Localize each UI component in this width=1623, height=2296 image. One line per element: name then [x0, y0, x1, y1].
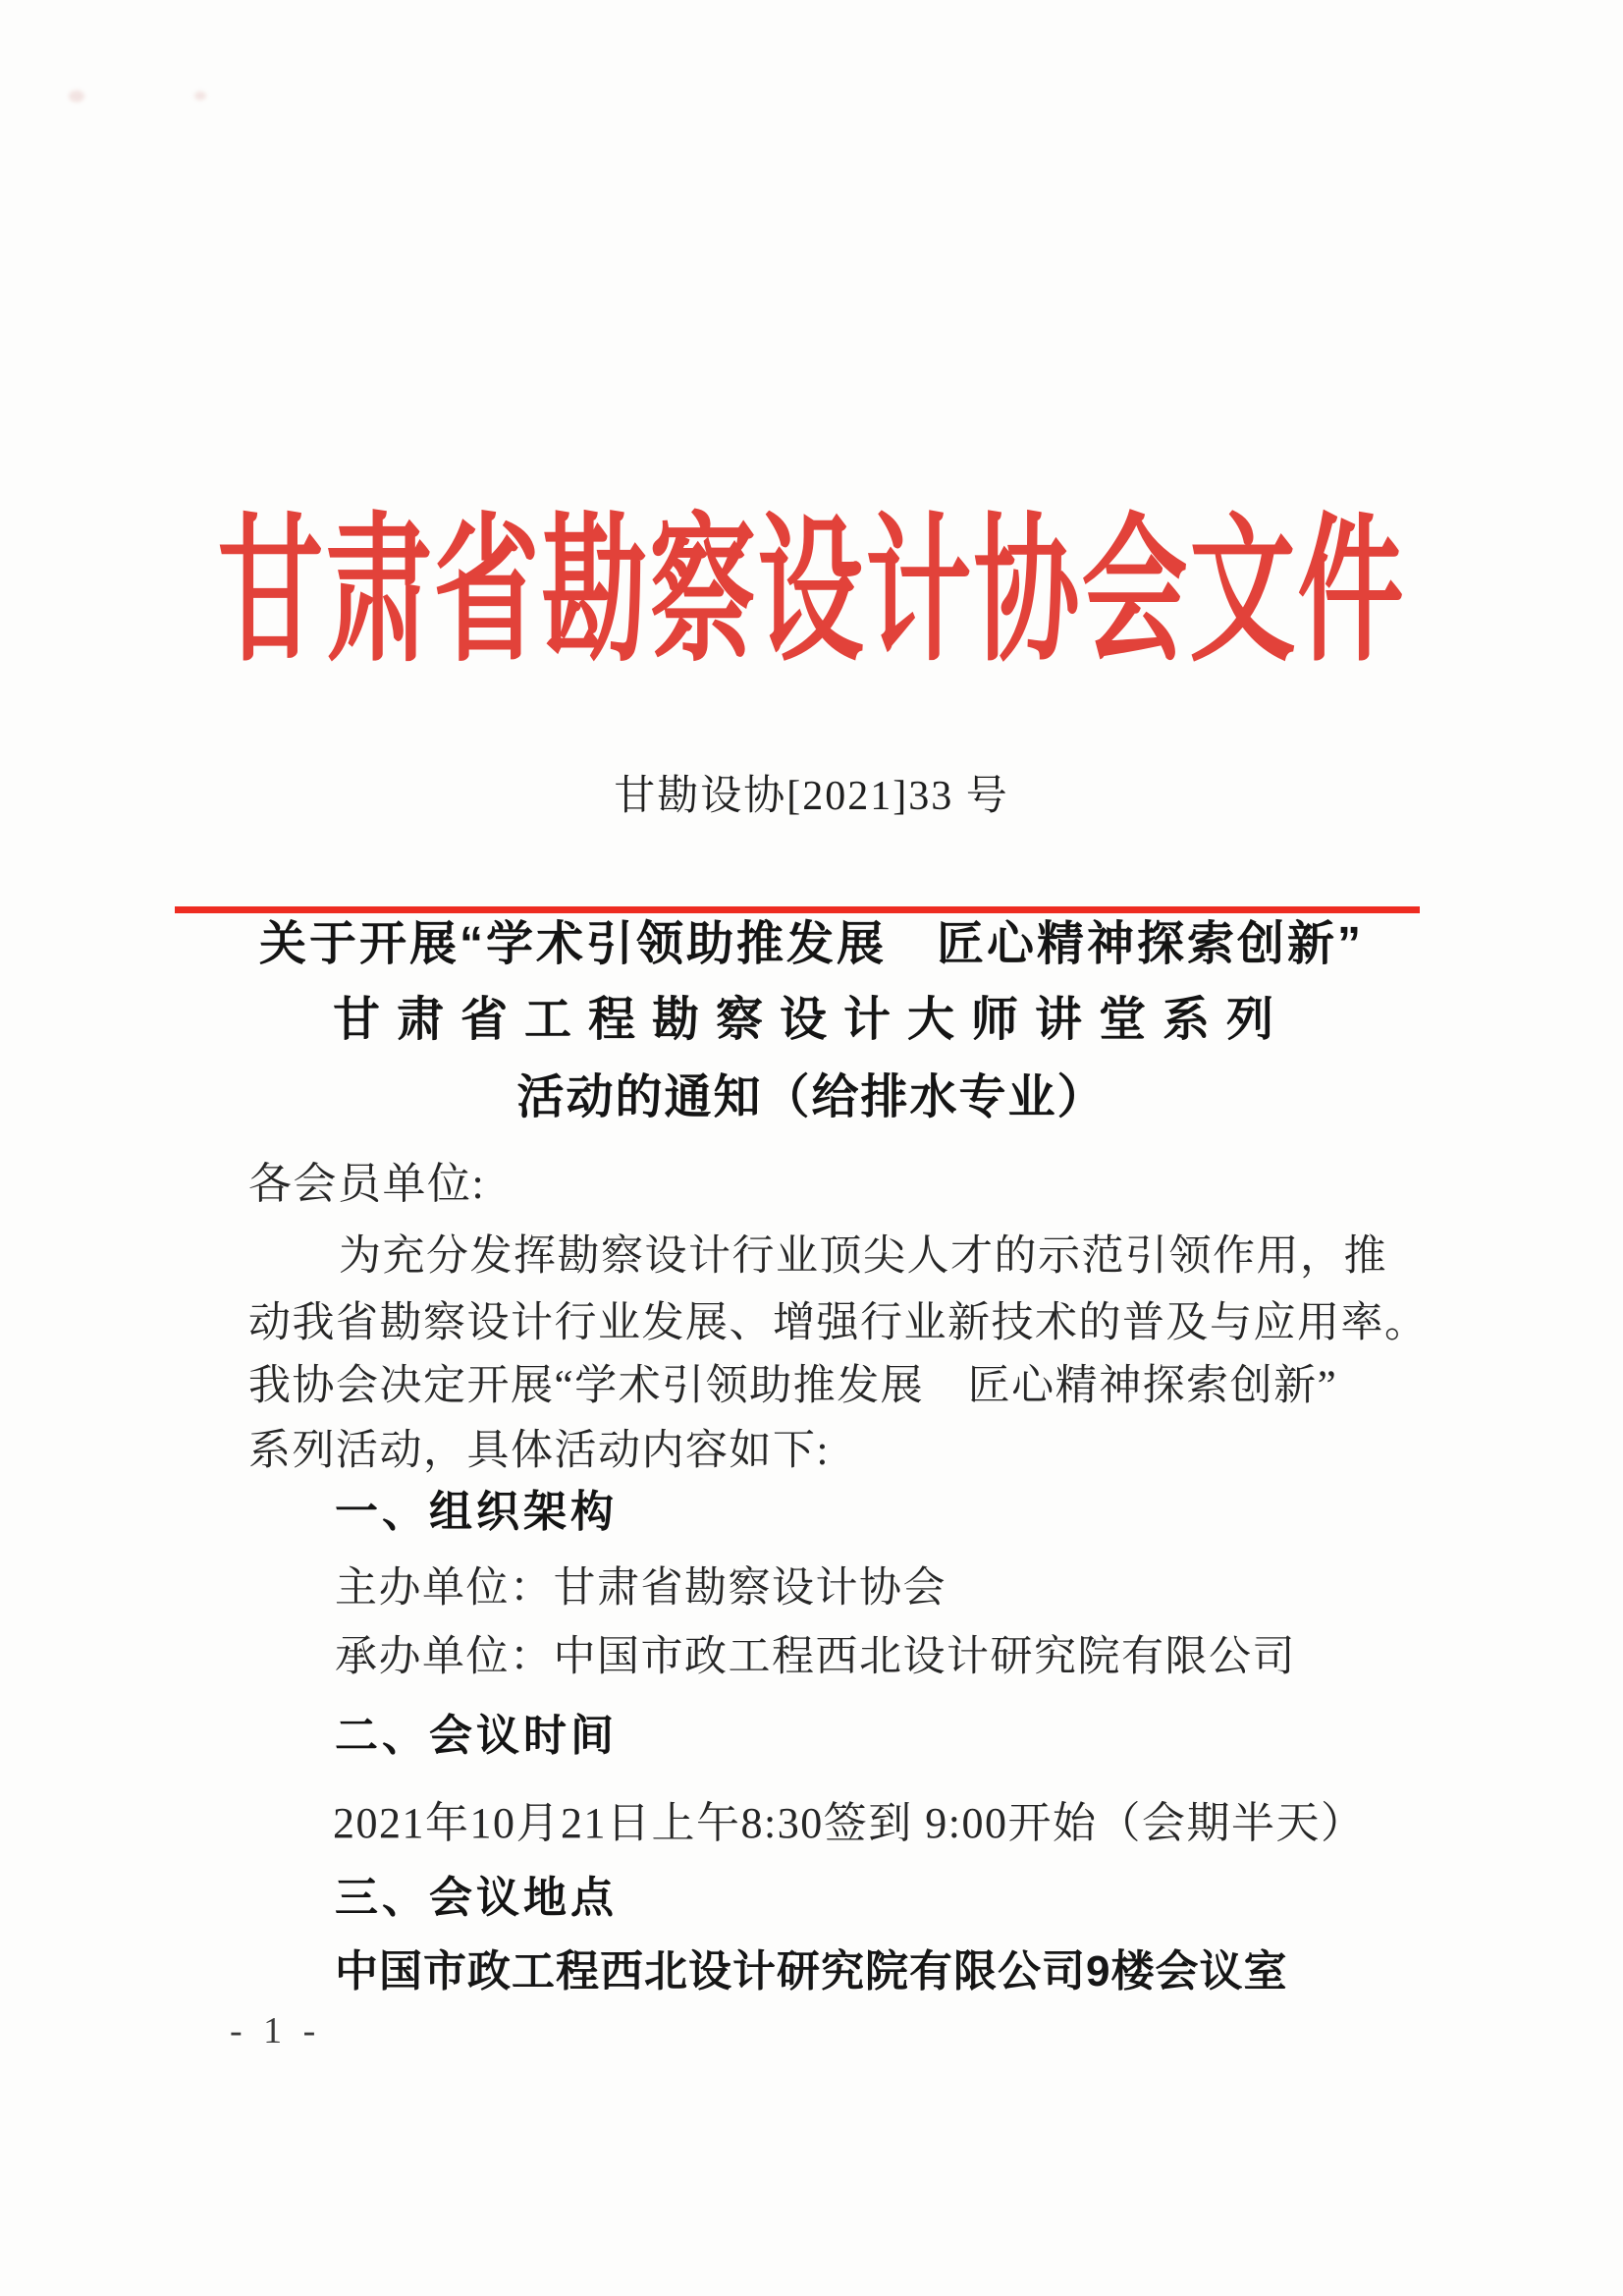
scan-smudge-2 — [194, 91, 206, 100]
document-number: 甘勘设协[2021]33 号 — [0, 776, 1623, 817]
notice-title-line-1: 关于开展“学术引领助推发展 匠心精神探索创新” — [0, 921, 1623, 968]
document-page: 甘肃省勘察设计协会文件 甘勘设协[2021]33 号 关于开展“学术引领助推发展… — [0, 0, 1623, 2296]
section-heading-meeting-time: 二、会议时间 — [335, 1715, 618, 1758]
letterhead-title: 甘肃省勘察设计协会文件 — [0, 515, 1623, 674]
paragraph-line-1: 为充分发挥勘察设计行业顶尖人才的示范引领作用，推 — [339, 1235, 1387, 1278]
notice-title-line-2: 甘肃省工程勘察设计大师讲堂系列 — [0, 997, 1623, 1044]
page-number: - 1 - — [230, 2012, 321, 2050]
section-heading-meeting-venue: 三、会议地点 — [335, 1877, 618, 1920]
red-divider-rule — [175, 906, 1420, 913]
paragraph-line-2: 动我省勘察设计行业发展、增强行业新技术的普及与应用率。 — [248, 1302, 1429, 1344]
section-heading-organization: 一、组织架构 — [335, 1491, 618, 1534]
organizer-unit-line: 承办单位：中国市政工程西北设计研究院有限公司 — [335, 1636, 1296, 1678]
meeting-venue-line: 中国市政工程西北设计研究院有限公司9楼会议室 — [335, 1950, 1287, 1994]
meeting-time-line: 2021年10月21日上午8:30签到 9:00开始（会期半天） — [333, 1802, 1365, 1845]
paragraph-line-4: 系列活动，具体活动内容如下: — [248, 1430, 830, 1472]
notice-title-line-3: 活动的通知（给排水专业） — [0, 1074, 1623, 1121]
salutation: 各会员单位: — [248, 1163, 485, 1206]
scan-smudge-1 — [69, 90, 84, 102]
host-unit-line: 主办单位：甘肃省勘察设计协会 — [335, 1567, 947, 1610]
paragraph-line-3: 我协会决定开展“学术引领助推发展 匠心精神探索创新” — [248, 1365, 1337, 1407]
